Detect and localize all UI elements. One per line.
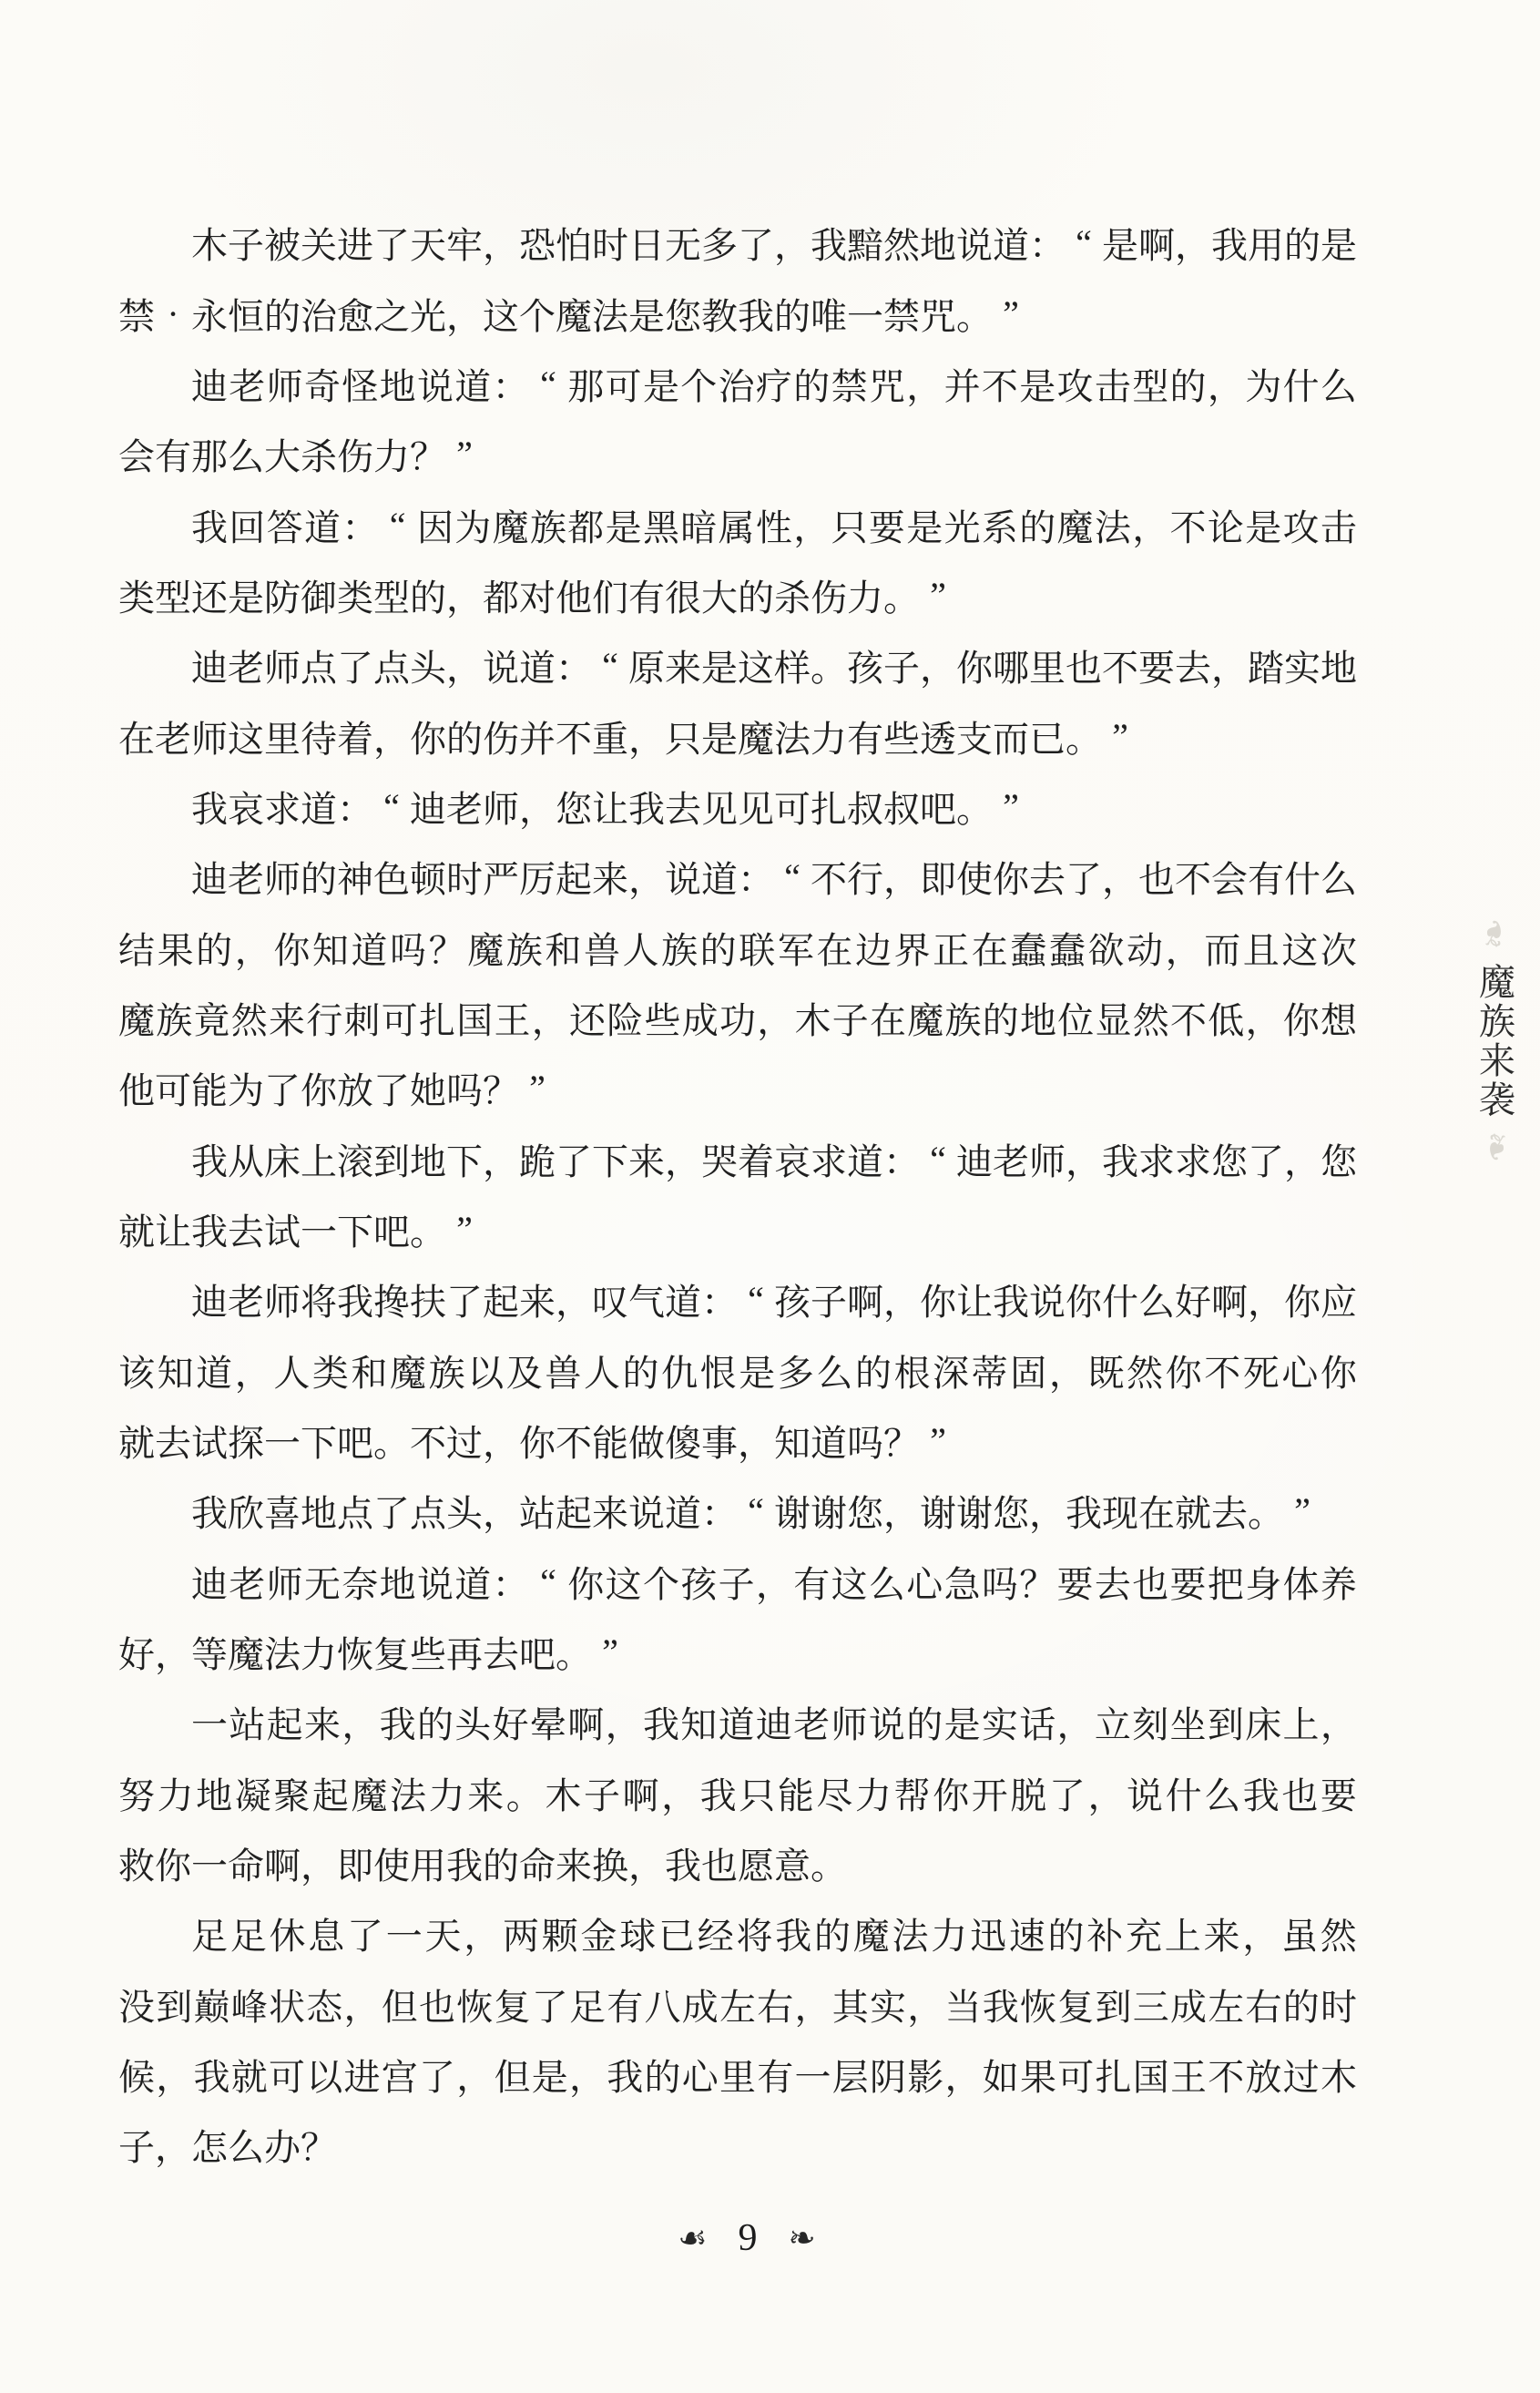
text-line: 我从床上滚到地下，跪了下来，哭着哀求道：“迪老师，我求求您了，您	[118, 1123, 1357, 1193]
text-line: 类型还是防御类型的，都对他们有很大的杀伤力。”	[118, 560, 1357, 630]
chapter-title-vertical: 魔族来袭	[1477, 964, 1517, 1119]
fleuron-icon: ❧	[1476, 1123, 1515, 1171]
text-block: 木子被关进了天牢，恐怕时日无多了，我黯然地说道：“是啊，我用的是禁·永恒的治愈之…	[118, 208, 1357, 2181]
page-footer: ☙ 9 ❧	[592, 2219, 902, 2257]
text-line: 他可能为了你放了她吗？”	[118, 1053, 1357, 1123]
fleuron-icon: ☙	[678, 2222, 707, 2255]
text-line: 迪老师奇怪地说道：“那可是个治疗的禁咒，并不是攻击型的，为什么	[118, 349, 1357, 419]
fleuron-icon: ❧	[1476, 910, 1515, 957]
text-line: 在老师这里待着，你的伤并不重，只是魔法力有些透支而已。”	[118, 701, 1357, 771]
text-line: 迪老师点了点头，说道：“原来是这样。孩子，你哪里也不要去，踏实地	[118, 630, 1357, 701]
text-line: 魔族竟然来行刺可扎国王，还险些成功，木子在魔族的地位显然不低，你想	[118, 983, 1357, 1053]
text-line: 就去试探一下吧。不过，你不能做傻事，知道吗？”	[118, 1406, 1357, 1476]
text-line: 会有那么大杀伤力？”	[118, 419, 1357, 489]
text-line: 迪老师将我搀扶了起来，叹气道：“孩子啊，你让我说你什么好啊，你应	[118, 1264, 1357, 1335]
text-line: 禁·永恒的治愈之光，这个魔法是您教我的唯一禁咒。”	[118, 278, 1357, 348]
text-line: 救你一命啊，即使用我的命来换，我也愿意。	[118, 1828, 1357, 1898]
text-line: 一站起来，我的头好晕啊，我知道迪老师说的是实话，立刻坐到床上，	[118, 1687, 1357, 1757]
text-line: 迪老师无奈地说道：“你这个孩子，有这么心急吗？要去也要把身体养	[118, 1547, 1357, 1617]
text-line: 我回答道：“因为魔族都是黑暗属性，只要是光系的魔法，不论是攻击	[118, 489, 1357, 559]
text-line: 该知道，人类和魔族以及兽人的仇恨是多么的根深蒂固，既然你不死心你	[118, 1335, 1357, 1406]
text-line: 木子被关进了天牢，恐怕时日无多了，我黯然地说道：“是啊，我用的是	[118, 208, 1357, 278]
text-line: 好，等魔法力恢复些再去吧。”	[118, 1617, 1357, 1687]
text-line: 子，怎么办？	[118, 2110, 1357, 2180]
text-line: 候，我就可以进宫了，但是，我的心里有一层阴影，如果可扎国王不放过木	[118, 2040, 1357, 2110]
text-line: 努力地凝聚起魔法力来。木子啊，我只能尽力帮你开脱了，说什么我也要	[118, 1758, 1357, 1828]
text-line: 结果的，你知道吗？魔族和兽人族的联军在边界正在蠢蠢欲动，而且这次	[118, 912, 1357, 982]
text-line: 没到巅峰状态，但也恢复了足有八成左右，其实，当我恢复到三成左右的时	[118, 1969, 1357, 2040]
text-line: 足足休息了一天，两颗金球已经将我的魔法力迅速的补充上来，虽然	[118, 1898, 1357, 1969]
text-line: 迪老师的神色顿时严厉起来，说道：“不行，即使你去了，也不会有什么	[118, 842, 1357, 912]
text-line: 就让我去试一下吧。”	[118, 1194, 1357, 1264]
text-line: 我哀求道：“迪老师，您让我去见见可扎叔叔吧。”	[118, 772, 1357, 842]
text-line: 我欣喜地点了点头，站起来说道：“谢谢您，谢谢您，我现在就去。”	[118, 1476, 1357, 1546]
page-number: 9	[739, 2219, 758, 2257]
fleuron-icon: ❧	[789, 2222, 816, 2255]
